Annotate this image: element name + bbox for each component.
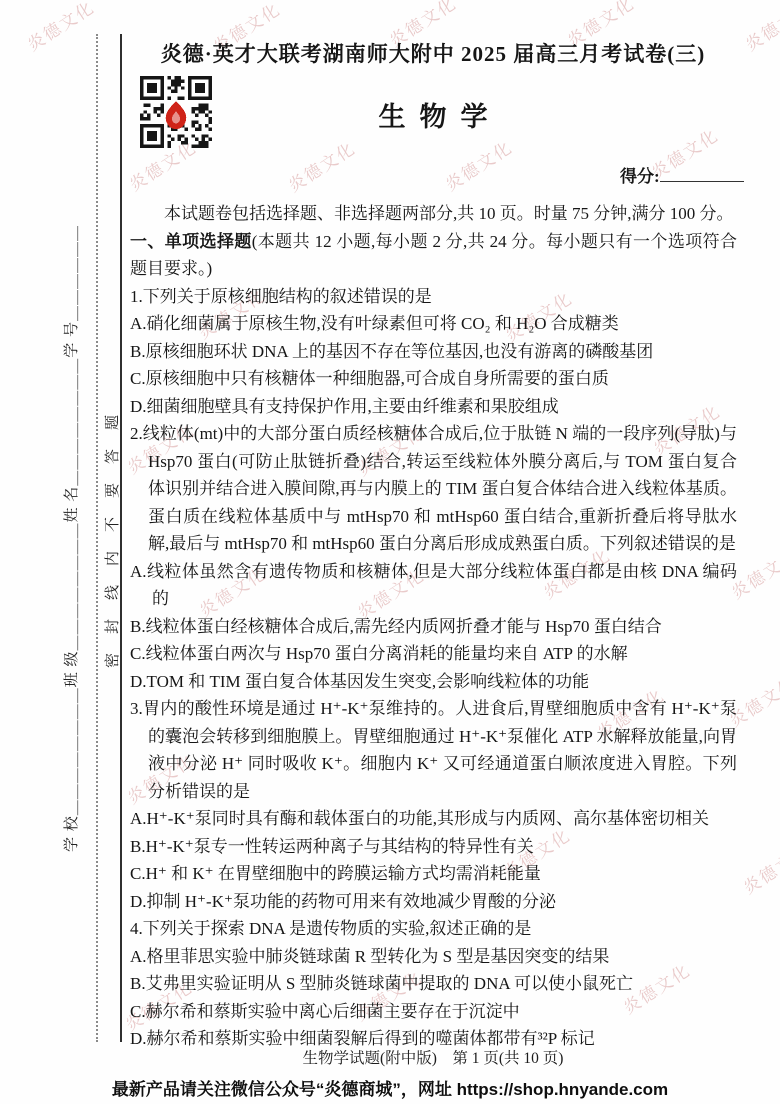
option-c: C.原核细胞中只有核糖体一种细胞器,可合成自身所需要的蛋白质 (130, 365, 737, 393)
question-number: 3. (130, 699, 143, 718)
option-label: C. (130, 369, 146, 388)
option-b: B.原核细胞环状 DNA 上的基因不存在等位基因,也没有游离的磷酸基团 (130, 338, 737, 366)
option-label: A. (130, 947, 147, 966)
option-text: 线粒体虽然含有遗传物质和核糖体,但是大部分线粒体蛋白都是由核 DNA 编码的 (147, 562, 737, 609)
section-label: 一、单项选择题 (130, 232, 252, 251)
question-text: 下列关于探索 DNA 是遗传物质的实验,叙述正确的是 (143, 919, 532, 938)
option-text: 格里菲思实验中肺炎链球菌 R 型转化为 S 型是基因突变的结果 (147, 947, 610, 966)
option-a: A.H⁺-K⁺泵同时具有酶和载体蛋白的功能,其形成与内质网、高尔基体密切相关 (130, 805, 737, 833)
watermark: 炎德文化 (739, 0, 780, 56)
option-a: A.线粒体虽然含有遗传物质和核糖体,但是大部分线粒体蛋白都是由核 DNA 编码的 (130, 558, 737, 613)
option-text: 线粒体蛋白两次与 Hsp70 蛋白分离消耗的能量均来自 ATP 的水解 (146, 644, 628, 663)
option-b: B.艾弗里实验证明从 S 型肺炎链球菌中提取的 DNA 可以使小鼠死亡 (130, 970, 737, 998)
option-label: B. (130, 974, 146, 993)
option-label: A. (130, 562, 147, 581)
question-1: 1.下列关于原核细胞结构的叙述错误的是 A.硝化细菌属于原核生物,没有叶绿素但可… (130, 283, 737, 421)
seal-notice-text: 密封线内不要答题 (101, 368, 122, 668)
option-d: D.细菌细胞壁具有支持保护作用,主要由纤维素和果胶组成 (130, 393, 737, 421)
option-label: B. (130, 342, 146, 361)
page-footer: 生物学试题(附中版) 第 1 页(共 10 页) (130, 1046, 736, 1068)
question-3: 3.胃内的酸性环境是通过 H⁺-K⁺泵维持的。人进食后,胃壁细胞质中含有 H⁺-… (130, 695, 737, 915)
exam-body: 本试题卷包括选择题、非选择题两部分,共 10 页。时量 75 分钟,满分 100… (130, 200, 737, 1053)
question-text: 下列关于原核细胞结构的叙述错误的是 (143, 287, 432, 306)
option-text: 原核细胞中只有核糖体一种细胞器,可合成自身所需要的蛋白质 (146, 369, 609, 388)
question-text: 线粒体(mt)中的大部分蛋白质经核糖体合成后,位于肽链 N 端的一段序列(导肽)… (143, 424, 737, 553)
question-number: 2. (130, 424, 143, 443)
watermark: 炎德文化 (282, 134, 359, 196)
question-number: 1. (130, 287, 143, 306)
score-label: 得分: (620, 167, 660, 186)
option-label: C. (130, 864, 146, 883)
option-a: A.硝化细菌属于原核生物,没有叶绿素但可将 CO₂ 和 H₂O 合成糖类 (130, 310, 737, 338)
question-text: 胃内的酸性环境是通过 H⁺-K⁺泵维持的。人进食后,胃壁细胞质中含有 H⁺-K⁺… (143, 699, 737, 801)
option-label: D. (130, 672, 147, 691)
option-text: H⁺-K⁺泵同时具有酶和载体蛋白的功能,其形成与内质网、高尔基体密切相关 (147, 809, 709, 828)
seal-dotted-line (96, 34, 98, 1042)
option-text: 赫尔希和蔡斯实验中离心后细菌主要存在于沉淀中 (146, 1002, 520, 1021)
question-stem: 2.线粒体(mt)中的大部分蛋白质经核糖体合成后,位于肽链 N 端的一段序列(导… (130, 420, 737, 558)
option-text: H⁺-K⁺泵专一性转运两种离子与其结构的特异性有关 (146, 837, 534, 856)
question-stem: 4.下列关于探索 DNA 是遗传物质的实验,叙述正确的是 (130, 915, 737, 943)
option-c: C.H⁺ 和 K⁺ 在胃壁细胞中的跨膜运输方式均需消耗能量 (130, 860, 737, 888)
option-label: A. (130, 314, 147, 333)
promo-footer: 最新产品请关注微信公众号“炎德商城”，网址 https://shop.hnyan… (0, 1075, 780, 1100)
option-b: B.H⁺-K⁺泵专一性转运两种离子与其结构的特异性有关 (130, 833, 737, 861)
option-text: H⁺ 和 K⁺ 在胃壁细胞中的跨膜运输方式均需消耗能量 (146, 864, 541, 883)
exam-title: 炎德·英才大联考湖南师大附中 2025 届高三月考试卷(三) (130, 38, 736, 68)
option-label: C. (130, 1002, 146, 1021)
watermark: 炎德文化 (21, 0, 98, 56)
option-d: D.抑制 H⁺-K⁺泵功能的药物可用来有效地减少胃酸的分泌 (130, 888, 737, 916)
option-label: D. (130, 892, 147, 911)
section-header: 一、单项选择题(本题共 12 小题,每小题 2 分,共 24 分。每小题只有一个… (130, 228, 737, 283)
question-2: 2.线粒体(mt)中的大部分蛋白质经核糖体合成后,位于肽链 N 端的一段序列(导… (130, 420, 737, 695)
watermark: 炎德文化 (737, 836, 780, 898)
seal-solid-line (120, 34, 122, 1042)
option-text: 原核细胞环状 DNA 上的基因不存在等位基因,也没有游离的磷酸基团 (146, 342, 654, 361)
student-info-fields: 学 校＿＿＿＿＿＿＿＿班 级＿＿＿＿＿＿＿＿姓 名＿＿＿＿＿＿＿＿学 号＿＿＿＿… (60, 192, 81, 852)
option-text: 艾弗里实验证明从 S 型肺炎链球菌中提取的 DNA 可以使小鼠死亡 (146, 974, 633, 993)
watermark: 炎德文化 (439, 133, 516, 195)
option-d: D.TOM 和 TIM 蛋白复合体基因发生突变,会影响线粒体的功能 (130, 668, 737, 696)
question-4: 4.下列关于探索 DNA 是遗传物质的实验,叙述正确的是 A.格里菲思实验中肺炎… (130, 915, 737, 1053)
question-number: 4. (130, 919, 143, 938)
option-c: C.赫尔希和蔡斯实验中离心后细菌主要存在于沉淀中 (130, 998, 737, 1026)
exam-page: 炎德文化 炎德文化 炎德文化 炎德文化 炎德文化 炎德文化 炎德文化 炎德文化 … (0, 0, 780, 1104)
option-a: A.格里菲思实验中肺炎链球菌 R 型转化为 S 型是基因突变的结果 (130, 943, 737, 971)
option-text: 细菌细胞壁具有支持保护作用,主要由纤维素和果胶组成 (147, 397, 559, 416)
score-blank (660, 166, 744, 182)
option-label: A. (130, 809, 147, 828)
subject-title: 生物学 (130, 95, 736, 134)
option-text: TOM 和 TIM 蛋白复合体基因发生突变,会影响线粒体的功能 (147, 672, 590, 691)
option-text: 硝化细菌属于原核生物,没有叶绿素但可将 CO₂ 和 H₂O 合成糖类 (147, 314, 619, 333)
question-stem: 3.胃内的酸性环境是通过 H⁺-K⁺泵维持的。人进食后,胃壁细胞质中含有 H⁺-… (130, 695, 737, 805)
option-text: 线粒体蛋白经核糖体合成后,需先经内质网折叠才能与 Hsp70 蛋白结合 (146, 617, 662, 636)
option-c: C.线粒体蛋白两次与 Hsp70 蛋白分离消耗的能量均来自 ATP 的水解 (130, 640, 737, 668)
option-label: C. (130, 644, 146, 663)
score-field: 得分: (620, 162, 744, 187)
option-b: B.线粒体蛋白经核糖体合成后,需先经内质网折叠才能与 Hsp70 蛋白结合 (130, 613, 737, 641)
option-label: B. (130, 617, 146, 636)
exam-instructions: 本试题卷包括选择题、非选择题两部分,共 10 页。时量 75 分钟,满分 100… (130, 200, 737, 228)
question-stem: 1.下列关于原核细胞结构的叙述错误的是 (130, 283, 737, 311)
option-label: B. (130, 837, 146, 856)
option-label: D. (130, 397, 147, 416)
option-text: 抑制 H⁺-K⁺泵功能的药物可用来有效地减少胃酸的分泌 (147, 892, 556, 911)
